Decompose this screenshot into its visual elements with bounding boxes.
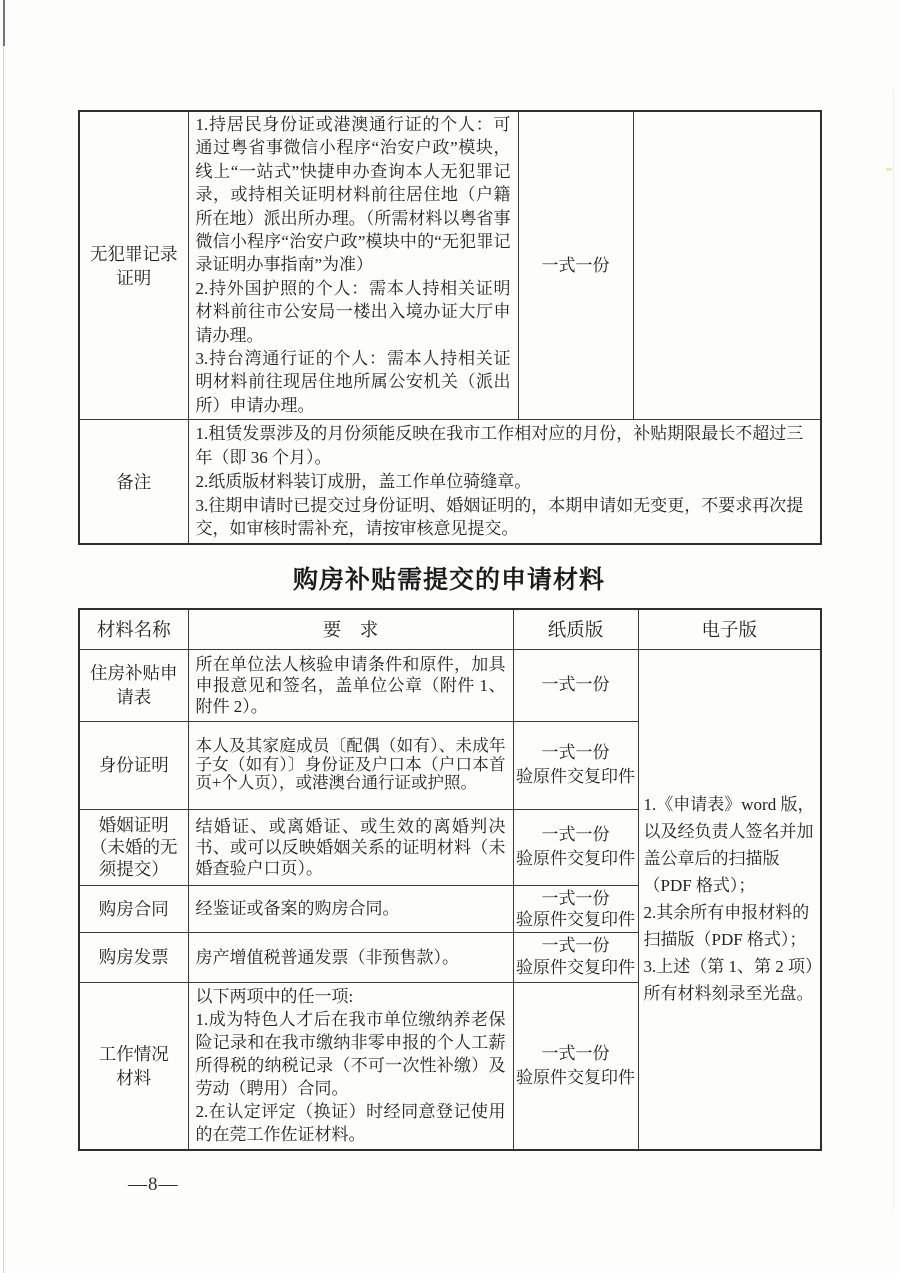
paper-copy-cell: 一式一份 — [518, 111, 633, 420]
paper-copy-cell: 一式一份 验原件交复印件 — [513, 809, 638, 885]
electronic-version-merged-cell: 1.《申请表》word 版，以及经负责人签名并加盖公章后的扫描版（PDF 格式）… — [638, 649, 821, 1150]
header-requirement: 要 求 — [188, 609, 513, 649]
requirement-cell: 结婚证、或离婚证、或生效的离婚判决书、或可以反映婚姻关系的证明材料（未婚查验户口… — [188, 809, 513, 885]
scan-edge-artifact — [3, 0, 4, 1273]
paper-copy-cell: 一式一份 验原件交复印件 — [513, 982, 638, 1150]
material-name-cell: 购房发票 — [79, 932, 188, 982]
paper-copy-cell: 一式一份 验原件交复印件 — [513, 932, 638, 982]
material-name-cell: 婚姻证明 （未婚的无 须提交） — [79, 809, 188, 885]
section-title: 购房补贴需提交的申请材料 — [78, 560, 820, 596]
scan-edge-artifact — [3, 0, 5, 46]
remarks-content-cell: 1.租赁发票涉及的月份须能反映在我市工作相对应的月份，补贴期限最长不超过三年（即… — [188, 420, 821, 544]
table-row: 无犯罪记录 证明 1.持居民身份证或港澳通行证的个人：可通过粤省事微信小程序“治… — [79, 111, 821, 420]
paper-copy-cell: 一式一份 验原件交复印件 — [513, 721, 638, 809]
page-number: —8— — [128, 1174, 179, 1196]
table-row-remarks: 备注 1.租赁发票涉及的月份须能反映在我市工作相对应的月份，补贴期限最长不超过三… — [79, 420, 821, 544]
remarks-label-cell: 备注 — [79, 420, 188, 544]
header-material-name: 材料名称 — [79, 609, 188, 649]
scan-edge-artifact — [893, 90, 894, 1210]
requirement-cell: 1.持居民身份证或港澳通行证的个人：可通过粤省事微信小程序“治安户政”模块，线上… — [188, 111, 518, 420]
table-header-row: 材料名称 要 求 纸质版 电子版 — [79, 609, 821, 649]
scan-speck — [886, 168, 892, 171]
requirement-cell: 经鉴证或备案的购房合同。 — [188, 885, 513, 932]
header-electronic-version: 电子版 — [638, 609, 821, 649]
electronic-version-cell-empty — [633, 111, 821, 420]
material-name-cell: 购房合同 — [79, 885, 188, 932]
paper-copy-cell: 一式一份 — [513, 649, 638, 721]
material-name-cell: 工作情况 材料 — [79, 982, 188, 1150]
criminal-record-table: 无犯罪记录 证明 1.持居民身份证或港澳通行证的个人：可通过粤省事微信小程序“治… — [78, 110, 822, 545]
requirement-cell: 本人及其家庭成员〔配偶（如有）、未成年子女（如有）〕身份证及户口本（户口本首页+… — [188, 721, 513, 809]
paper-copy-cell: 一式一份 验原件交复印件 — [513, 885, 638, 932]
purchase-subsidy-materials-table: 材料名称 要 求 纸质版 电子版 住房补贴申 请表 所在单位法人核验申请条件和原… — [78, 608, 822, 1151]
requirement-cell: 房产增值税普通发票（非预售款）。 — [188, 932, 513, 982]
header-paper-version: 纸质版 — [513, 609, 638, 649]
requirement-cell: 以下两项中的任一项: 1.成为特色人才后在我市单位缴纳养老保险记录和在我市缴纳非… — [188, 982, 513, 1150]
requirement-cell: 所在单位法人核验申请条件和原件，加具申报意见和签名，盖单位公章（附件 1、附件 … — [188, 649, 513, 721]
table-row-application-form: 住房补贴申 请表 所在单位法人核验申请条件和原件，加具申报意见和签名，盖单位公章… — [79, 649, 821, 721]
material-name-cell: 住房补贴申 请表 — [79, 649, 188, 721]
material-name-cell: 无犯罪记录 证明 — [79, 111, 188, 420]
scanned-document-page: 无犯罪记录 证明 1.持居民身份证或港澳通行证的个人：可通过粤省事微信小程序“治… — [0, 0, 900, 1273]
material-name-cell: 身份证明 — [79, 721, 188, 809]
